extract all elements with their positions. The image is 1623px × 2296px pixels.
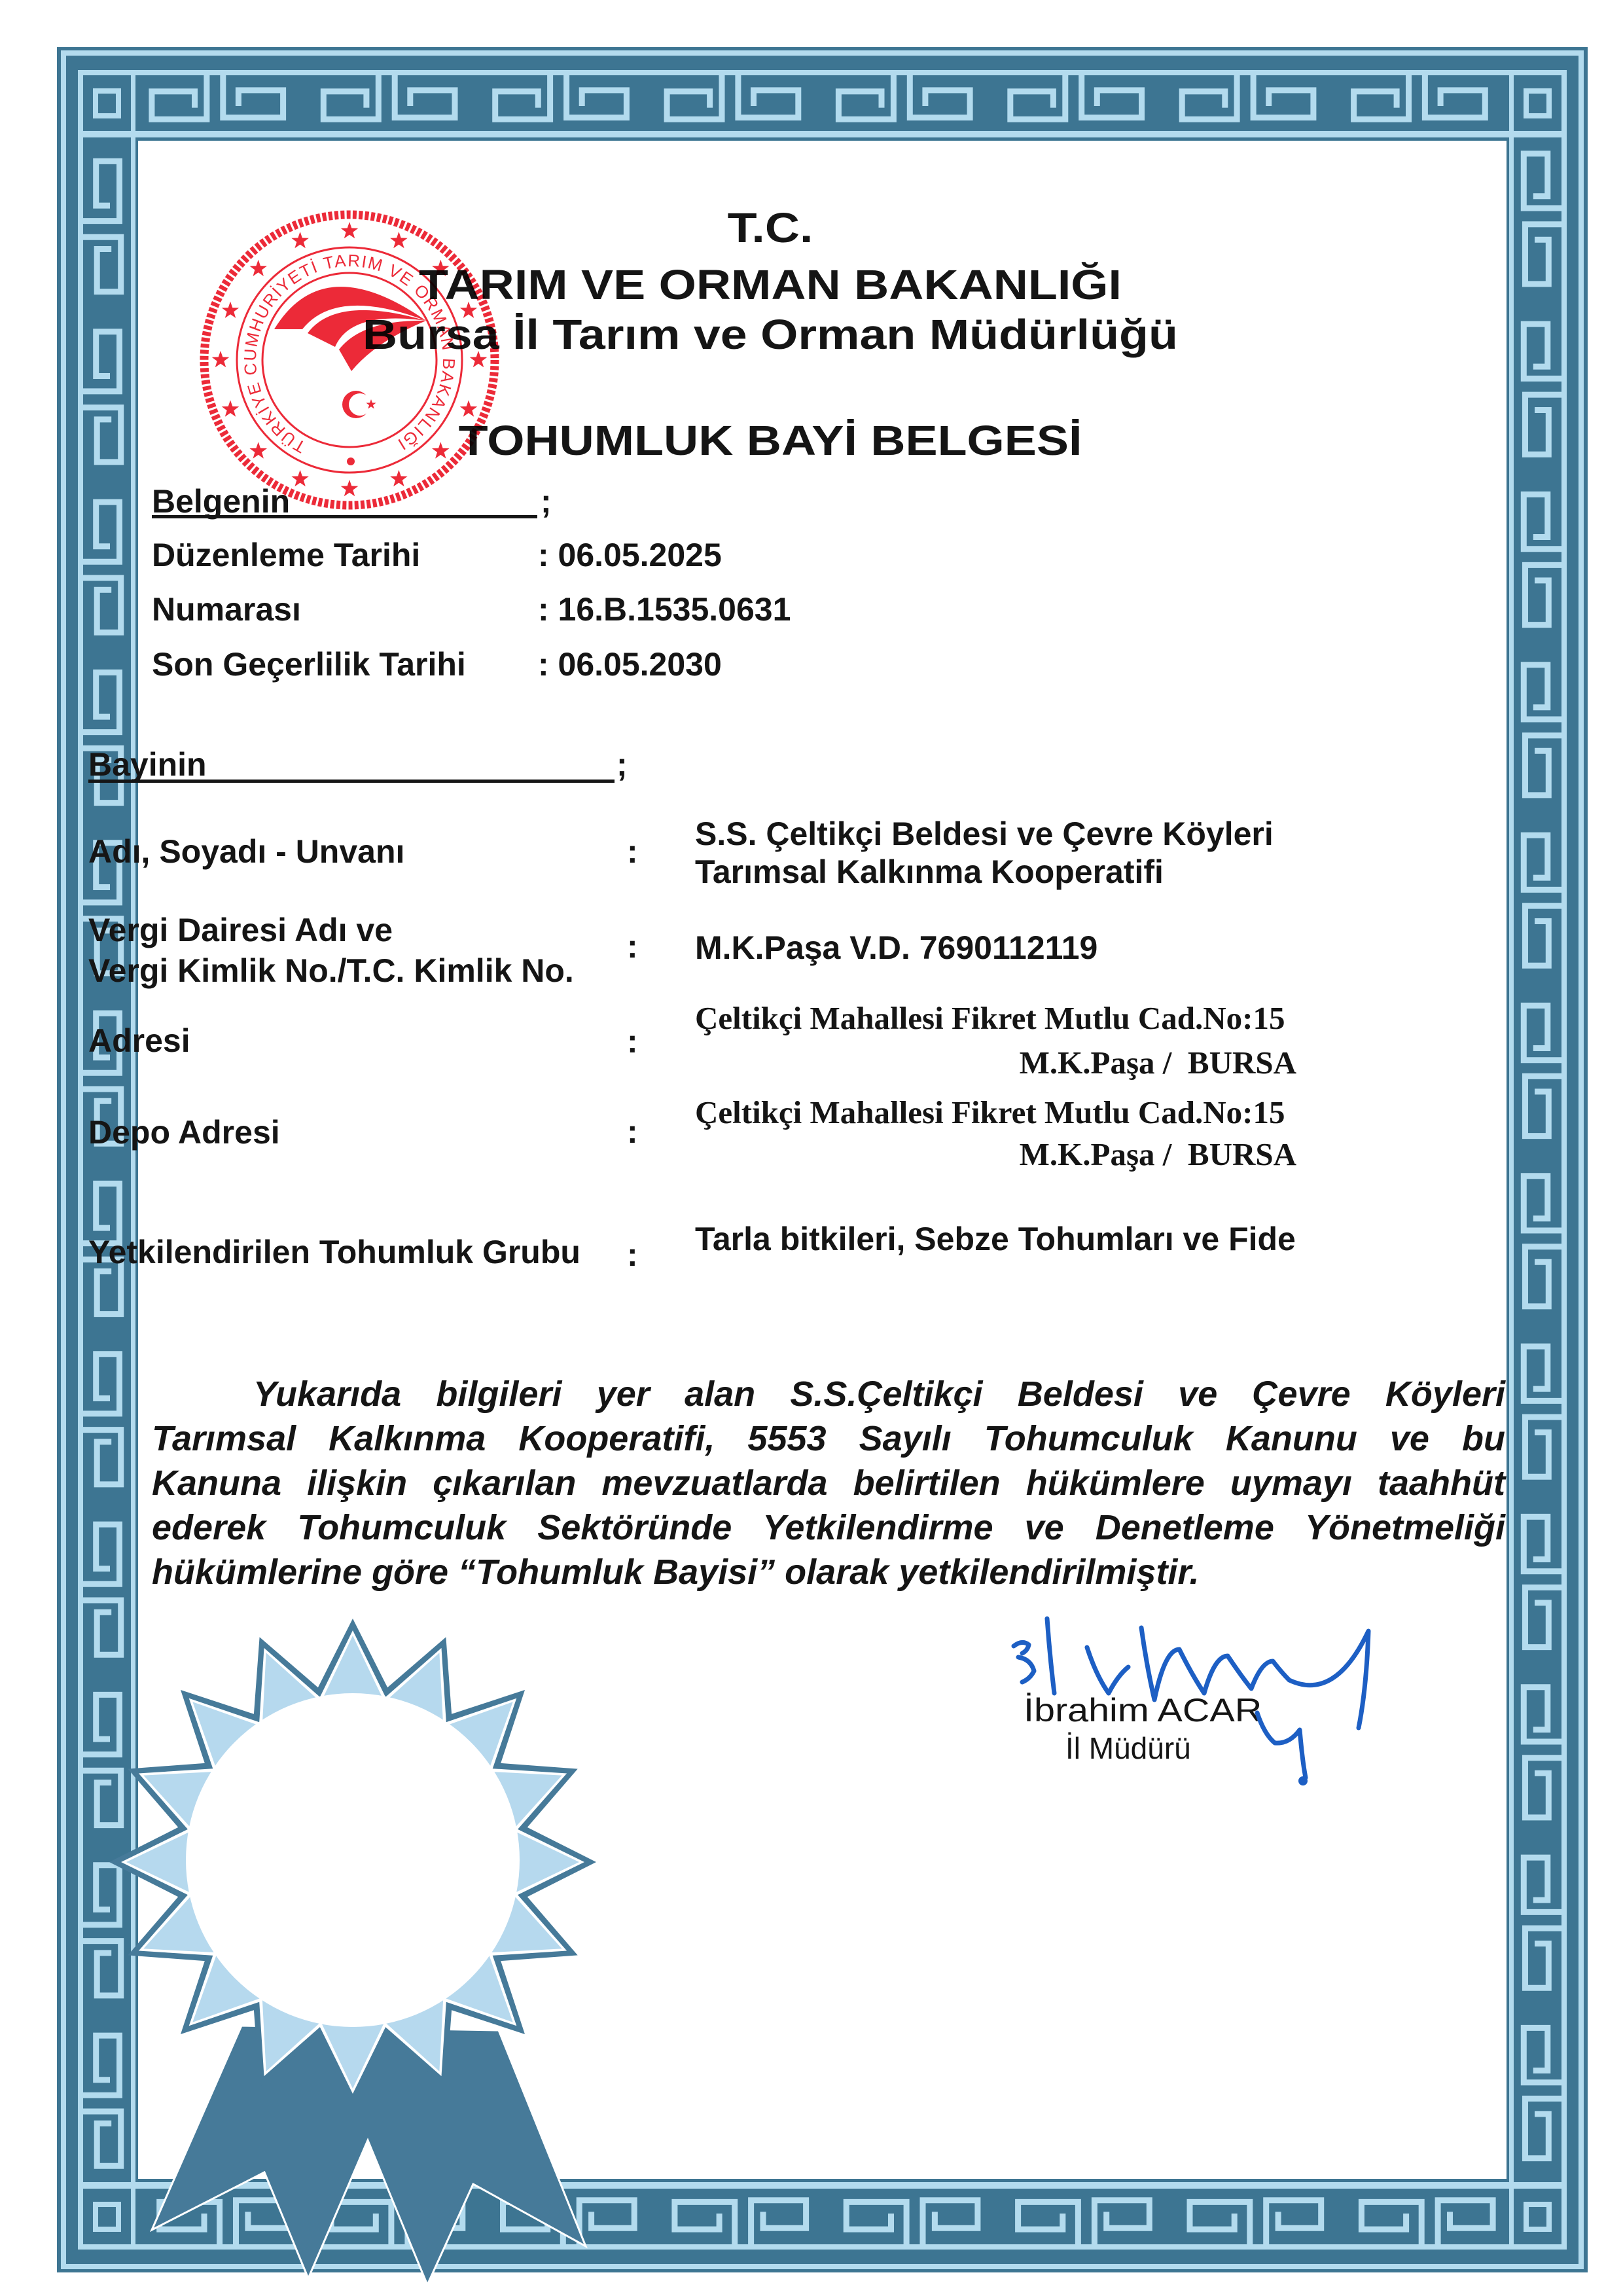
signature — [0, 0, 1623, 2296]
certificate-page: T.C. TARIM VE ORMAN BAKANLIĞI Bursa İl T… — [0, 0, 1623, 2296]
